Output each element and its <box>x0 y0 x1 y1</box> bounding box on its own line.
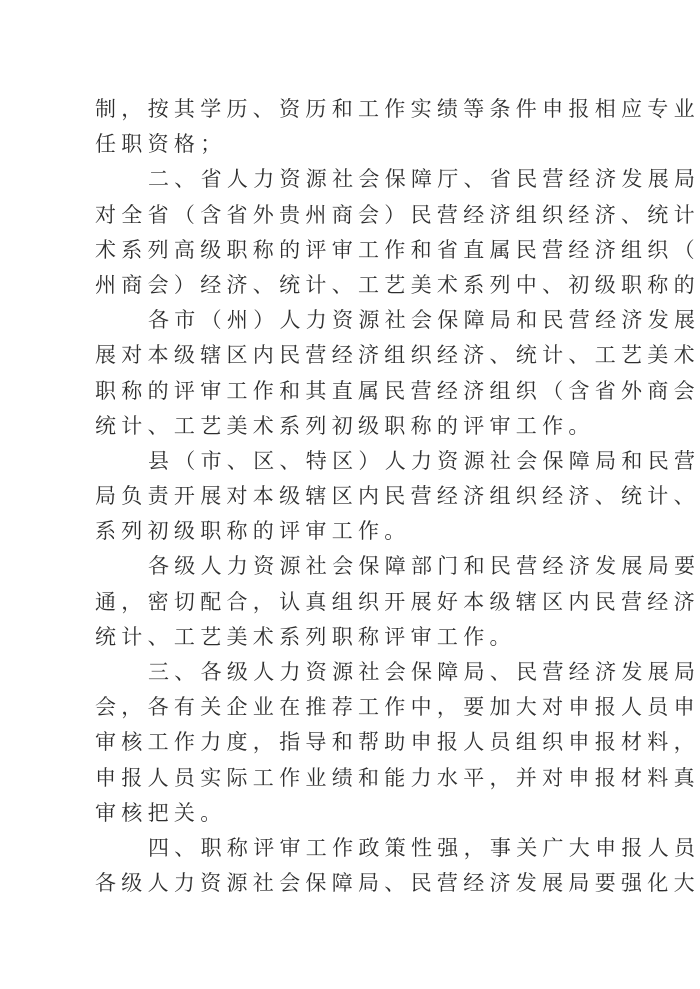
text-line: 各市（州）人力资源社会保障局和民营经济发展局负责开 <box>95 303 605 338</box>
text-line: 二、省人力资源社会保障厅、省民营经济发展局负责开展 <box>95 162 605 197</box>
paragraph-county-level: 县（市、区、特区）人力资源社会保障局和民营经济发展 局负责开展对本级辖区内民营经… <box>95 444 605 550</box>
text-line: 各级人力资源社会保障部门和民营经济发展局要强化沟 <box>95 549 605 584</box>
text-line: 系列初级职称的评审工作。 <box>95 514 605 549</box>
text-line: 局负责开展对本级辖区内民营经济组织经济、统计、工艺美术 <box>95 479 605 514</box>
text-line: 申报人员实际工作业绩和能力水平，并对申报材料真实性进行 <box>95 761 605 796</box>
text-line: 制，按其学历、资历和工作实绩等条件申报相应专业技术职务 <box>95 92 605 127</box>
paragraph-continuation: 制，按其学历、资历和工作实绩等条件申报相应专业技术职务 任职资格； <box>95 92 605 162</box>
document-body: 制，按其学历、资历和工作实绩等条件申报相应专业技术职务 任职资格； 二、省人力资… <box>95 92 605 901</box>
document-page: 制，按其学历、资历和工作实绩等条件申报相应专业技术职务 任职资格； 二、省人力资… <box>0 0 700 989</box>
text-line: 任职资格； <box>95 127 605 162</box>
text-line: 展对本级辖区内民营经济组织经济、统计、工艺美术系列中级 <box>95 338 605 373</box>
text-line: 对全省（含省外贵州商会）民营经济组织经济、统计、工艺美 <box>95 198 605 233</box>
text-line: 审核工作力度，指导和帮助申报人员组织申报材料，更好反映 <box>95 725 605 760</box>
paragraph-section-3: 三、各级人力资源社会保障局、民营经济发展局，各商（协） 会，各有关企业在推荐工作… <box>95 655 605 831</box>
text-line: 会，各有关企业在推荐工作中，要加大对申报人员申报材料的 <box>95 690 605 725</box>
paragraph-coordination: 各级人力资源社会保障部门和民营经济发展局要强化沟 通，密切配合，认真组织开展好本… <box>95 549 605 655</box>
text-line: 统计、工艺美术系列职称评审工作。 <box>95 620 605 655</box>
text-line: 州商会）经济、统计、工艺美术系列中、初级职称的评审工作。 <box>95 268 605 303</box>
text-line: 各级人力资源社会保障局、民营经济发展局要强化大局意识、 <box>95 866 605 901</box>
paragraph-city-level: 各市（州）人力资源社会保障局和民营经济发展局负责开 展对本级辖区内民营经济组织经… <box>95 303 605 444</box>
text-line: 四、职称评审工作政策性强，事关广大申报人员切身利益， <box>95 831 605 866</box>
text-line: 县（市、区、特区）人力资源社会保障局和民营经济发展 <box>95 444 605 479</box>
text-line: 审核把关。 <box>95 796 605 831</box>
text-line: 三、各级人力资源社会保障局、民营经济发展局，各商（协） <box>95 655 605 690</box>
text-line: 通，密切配合，认真组织开展好本级辖区内民营经济组织经济、 <box>95 585 605 620</box>
text-line: 职称的评审工作和其直属民营经济组织（含省外商会）经济、 <box>95 374 605 409</box>
paragraph-section-4: 四、职称评审工作政策性强，事关广大申报人员切身利益， 各级人力资源社会保障局、民… <box>95 831 605 901</box>
text-line: 术系列高级职称的评审工作和省直属民营经济组织（含省外贵 <box>95 233 605 268</box>
paragraph-section-2: 二、省人力资源社会保障厅、省民营经济发展局负责开展 对全省（含省外贵州商会）民营… <box>95 162 605 303</box>
text-line: 统计、工艺美术系列初级职称的评审工作。 <box>95 409 605 444</box>
